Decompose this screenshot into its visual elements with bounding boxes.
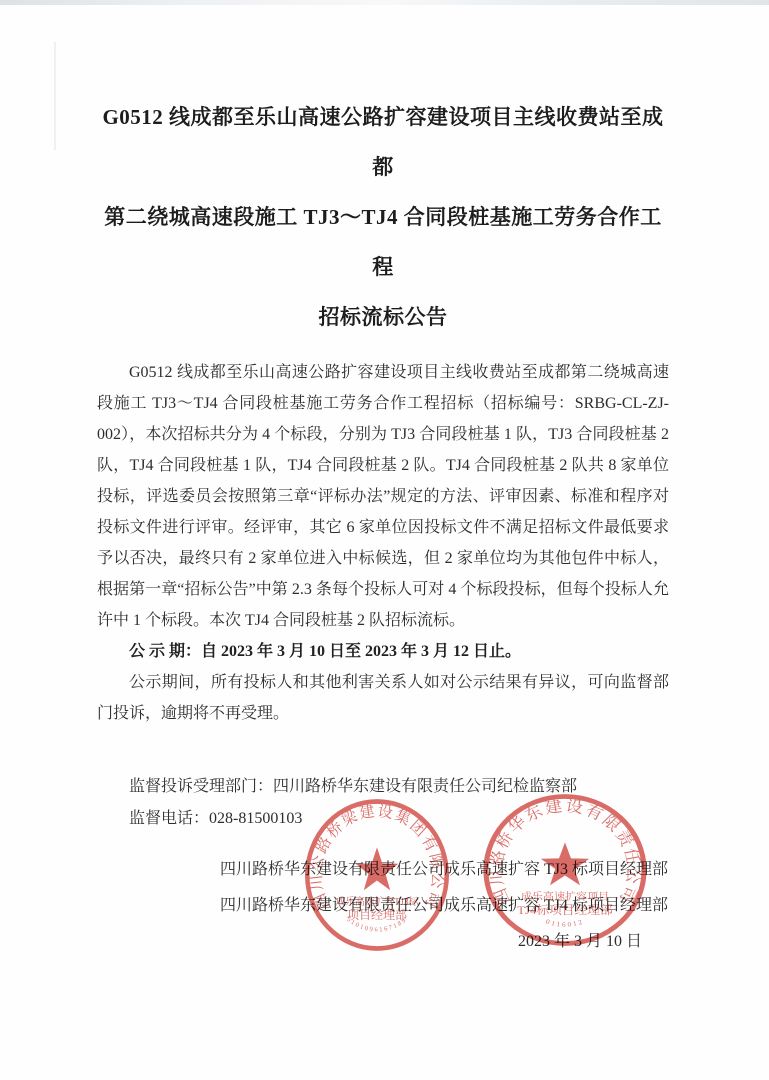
seal-inner-line-2: 项目经理部 <box>347 908 407 922</box>
star-icon <box>541 842 589 885</box>
paragraph-objection: 公示期间，所有投标人和其他利害关系人如对公示结果有异议，可向监督部门投诉，逾期将… <box>97 667 669 729</box>
document-title: G0512 线成都至乐山高速公路扩容建设项目主线收费站至成都 第二绕城高速段施工… <box>97 92 669 342</box>
document-content: G0512 线成都至乐山高速公路扩容建设项目主线收费站至成都 第二绕城高速段施工… <box>97 0 669 835</box>
seal-graphic: 四川路桥华东建设有限责任公司 成乐高速扩容项目 TJ4标项目经理部 011601… <box>480 791 650 949</box>
title-line-2: 第二绕城高速段施工 TJ3～TJ4 合同段桩基施工劳务合作工程 <box>97 192 669 292</box>
official-seal-tj4: 四川路桥华东建设有限责任公司 成乐高速扩容项目 TJ4标项目经理部 011601… <box>480 791 650 949</box>
seal-inner-line-1: 成乐高速扩容TJ3标 <box>336 895 420 908</box>
seal-inner-line-1: 成乐高速扩容项目 <box>521 890 609 903</box>
seal-inner-line-2: TJ4标项目经理部 <box>517 903 613 917</box>
paragraph-bid-result: G0512 线成都至乐山高速公路扩容建设项目主线收费站至成都第二绕城高速段施工 … <box>97 357 669 636</box>
title-line-3: 招标流标公告 <box>97 292 669 342</box>
star-icon <box>356 847 399 890</box>
seal-graphic: 四川公路桥梁建设集团有限公司 成乐高速扩容TJ3标 项目经理部 51010961… <box>302 796 452 954</box>
publicity-period-line: 公 示 期：自 2023 年 3 月 10 日至 2023 年 3 月 12 日… <box>97 636 669 667</box>
scan-artifact-line <box>54 42 56 150</box>
seal-serial-number: 0116012 <box>545 918 586 929</box>
official-seal-tj3: 四川公路桥梁建设集团有限公司 成乐高速扩容TJ3标 项目经理部 51010961… <box>302 796 452 954</box>
scanned-document-page: G0512 线成都至乐山高速公路扩容建设项目主线收费站至成都 第二绕城高速段施工… <box>0 0 769 1080</box>
title-line-1: G0512 线成都至乐山高速公路扩容建设项目主线收费站至成都 <box>97 92 669 192</box>
